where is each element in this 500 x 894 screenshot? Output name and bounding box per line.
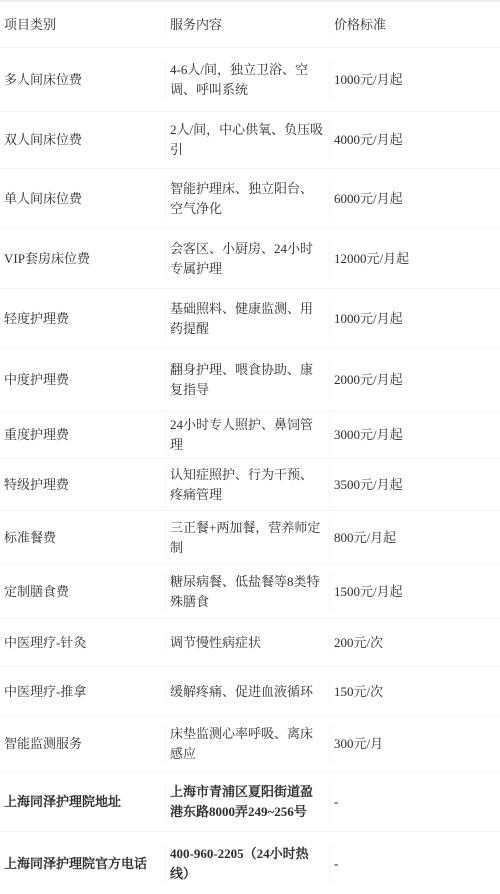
category-cell: 标准餐费 — [0, 528, 165, 548]
category-cell: 中度护理费 — [0, 370, 165, 390]
service-cell: 糖尿病餐、低盐餐等8类特殊膳食 — [165, 572, 330, 612]
service-cell: 400-960-2205（24小时热线） — [165, 844, 330, 884]
service-cell: 上海市青浦区夏阳街道盈港东路8000弄249~256号 — [165, 782, 330, 822]
service-cell: 翻身护理、喂食协助、康复指导 — [165, 360, 330, 400]
service-cell: 2人/间，中心供氧、负压吸引 — [165, 120, 330, 160]
table-row: VIP套房床位费 会客区、小厨房、24小时专属护理 12000元/月起 — [0, 229, 500, 289]
category-cell: VIP套房床位费 — [0, 249, 165, 269]
category-cell: 定制膳食费 — [0, 582, 165, 602]
price-cell: 3500元/月起 — [330, 475, 500, 495]
category-cell: 上海同泽护理院地址 — [0, 792, 165, 812]
table-row: 上海同泽护理院官方电话 400-960-2205（24小时热线） - — [0, 832, 500, 894]
table-row: 双人间床位费 2人/间，中心供氧、负压吸引 4000元/月起 — [0, 112, 500, 169]
service-cell: 会客区、小厨房、24小时专属护理 — [165, 239, 330, 279]
price-cell: 3000元/月起 — [330, 425, 500, 445]
table-row: 特级护理费 认知症照护、行为干预、疼痛管理 3500元/月起 — [0, 459, 500, 511]
service-cell: 智能护理床、独立阳台、空气净化 — [165, 179, 330, 219]
category-cell: 上海同泽护理院官方电话 — [0, 854, 165, 874]
category-cell: 双人间床位费 — [0, 130, 165, 150]
price-cell: 6000元/月起 — [330, 189, 500, 209]
table-row: 中医理疗-推拿 缓解疼痛、促进血液循环 150元/次 — [0, 667, 500, 717]
service-cell: 4-6人/间，独立卫浴、空调、呼叫系统 — [165, 60, 330, 100]
category-cell: 中医理疗-推拿 — [0, 682, 165, 702]
price-cell: 12000元/月起 — [330, 249, 500, 269]
table-row: 单人间床位费 智能护理床、独立阳台、空气净化 6000元/月起 — [0, 169, 500, 229]
column-header-price: 价格标准 — [330, 15, 500, 35]
category-cell: 智能监测服务 — [0, 734, 165, 754]
table-body: 多人间床位费 4-6人/间，独立卫浴、空调、呼叫系统 1000元/月起 双人间床… — [0, 48, 500, 894]
table-row: 重度护理费 24小时专人照护、鼻饲管理 3000元/月起 — [0, 412, 500, 459]
table-row: 轻度护理费 基础照料、健康监测、用药提醒 1000元/月起 — [0, 289, 500, 349]
price-cell: 2000元/月起 — [330, 370, 500, 390]
category-cell: 多人间床位费 — [0, 70, 165, 90]
price-cell: - — [330, 854, 500, 874]
service-cell: 基础照料、健康监测、用药提醒 — [165, 299, 330, 339]
service-cell: 缓解疼痛、促进血液循环 — [165, 682, 330, 702]
price-cell: 300元/月 — [330, 734, 500, 754]
category-cell: 中医理疗-针灸 — [0, 633, 165, 653]
service-cell: 床垫监测心率呼吸、离床感应 — [165, 724, 330, 764]
service-cell: 认知症照护、行为干预、疼痛管理 — [165, 465, 330, 505]
table-row: 多人间床位费 4-6人/间，独立卫浴、空调、呼叫系统 1000元/月起 — [0, 48, 500, 112]
table-row: 上海同泽护理院地址 上海市青浦区夏阳街道盈港东路8000弄249~256号 - — [0, 772, 500, 832]
price-cell: - — [330, 792, 500, 812]
price-cell: 200元/次 — [330, 633, 500, 653]
table-row: 标准餐费 三正餐+两加餐，营养师定制 800元/月起 — [0, 511, 500, 565]
table-row: 中度护理费 翻身护理、喂食协助、康复指导 2000元/月起 — [0, 349, 500, 412]
column-header-service: 服务内容 — [165, 15, 330, 35]
table-row: 中医理疗-针灸 调节慢性病症状 200元/次 — [0, 619, 500, 667]
price-cell: 4000元/月起 — [330, 130, 500, 150]
service-cell: 三正餐+两加餐，营养师定制 — [165, 518, 330, 558]
price-cell: 1000元/月起 — [330, 309, 500, 329]
category-cell: 单人间床位费 — [0, 189, 165, 209]
price-cell: 1500元/月起 — [330, 582, 500, 602]
price-cell: 1000元/月起 — [330, 70, 500, 90]
category-cell: 轻度护理费 — [0, 309, 165, 329]
category-cell: 重度护理费 — [0, 425, 165, 445]
service-cell: 调节慢性病症状 — [165, 633, 330, 653]
pricing-table: 项目类别 服务内容 价格标准 多人间床位费 4-6人/间，独立卫浴、空调、呼叫系… — [0, 0, 500, 894]
header-row: 项目类别 服务内容 价格标准 — [0, 2, 500, 48]
column-header-category: 项目类别 — [0, 15, 165, 35]
table-row: 智能监测服务 床垫监测心率呼吸、离床感应 300元/月 — [0, 717, 500, 772]
category-cell: 特级护理费 — [0, 475, 165, 495]
table-row: 定制膳食费 糖尿病餐、低盐餐等8类特殊膳食 1500元/月起 — [0, 565, 500, 619]
price-cell: 800元/月起 — [330, 528, 500, 548]
service-cell: 24小时专人照护、鼻饲管理 — [165, 415, 330, 455]
price-cell: 150元/次 — [330, 682, 500, 702]
